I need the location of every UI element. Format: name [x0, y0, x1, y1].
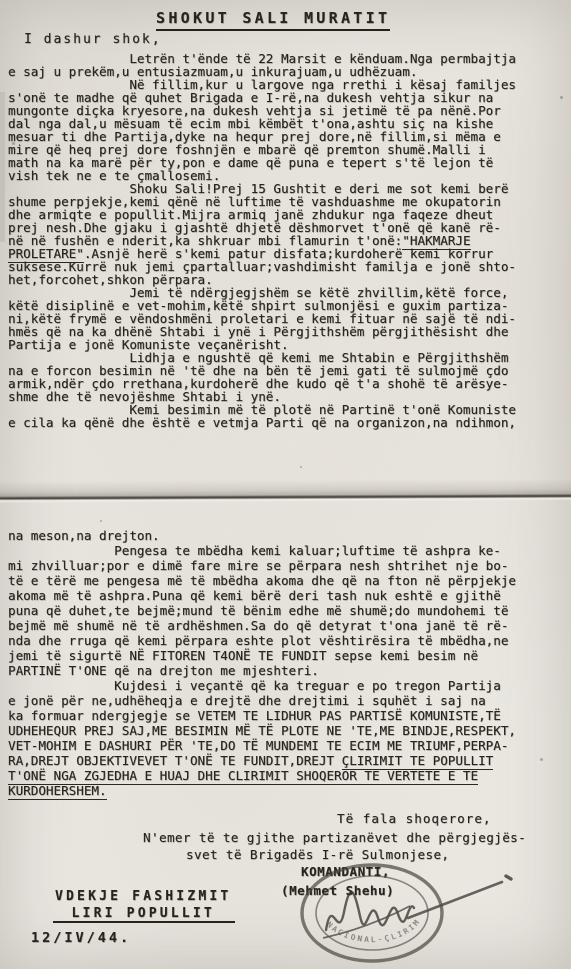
letter-body-page1: Letrën t'ënde të 22 Marsit e kënduam.Nga…: [8, 52, 569, 429]
text-segment: e cila ka qënë dhe është e vetmja Parti …: [8, 415, 516, 430]
salutation: I dashur shok,: [24, 32, 162, 47]
text-line: mi zhvilluar;por e dimë fare mire se për…: [8, 558, 569, 573]
text-line: të e tërë me pengesa më të mbëdha akoma …: [8, 573, 569, 588]
text-segment: ka formuar ndergjegje se VETEM TE LIDHUR…: [8, 708, 501, 723]
text-line: Kujdesi i veçantë që ka treguar e po tre…: [8, 678, 569, 693]
text-line: Pengesa te mbëdha kemi kaluar;luftime të…: [8, 543, 569, 558]
slogan-line2: LIRI POPULLIT: [72, 906, 215, 921]
text-line: T'ONË NGA ZGJEDHA E HUAJ DHE CLIRIMIT SH…: [8, 768, 569, 783]
text-segment: PARTINË T'ONE që na drejton me mjeshteri…: [8, 663, 319, 678]
text-segment: RA,DREJT OBJEKTIVEVET T'ONË TE FUNDIT,DR…: [8, 753, 342, 768]
text-line: e cila ka qënë dhe është e vetmja Parti …: [8, 416, 569, 429]
closing-on-behalf-line1: N'emer të te gjithe partizanëvet dhe për…: [143, 830, 526, 845]
footer-slogan: VDEKJE FASHIZMITLIRI POPULLIT: [55, 888, 231, 922]
text-segment: VET-MOHIM E DASHURI PËR 'TE,DO TË MUNDEM…: [8, 738, 508, 753]
paper-speck: [560, 96, 563, 99]
paper-speck: [300, 466, 302, 468]
text-line: na meson,na drejton.: [8, 528, 569, 543]
text-line: nda dhe rruga që kemi përpara eshte plot…: [8, 633, 569, 648]
paper-speck: [540, 758, 543, 761]
round-stamp-icon: NACIONAL-ÇLIRIMTARE: [290, 856, 530, 969]
page-fold-crease: [0, 479, 571, 504]
slogan-underline: [53, 921, 235, 923]
paper-speck: [100, 520, 102, 522]
text-line: VET-MOHIM E DASHURI PËR 'TE,DO TË MUNDEM…: [8, 738, 569, 753]
text-segment: jemi të sigurtë NË FITOREN T4ONË TE FUND…: [8, 648, 478, 663]
text-segment: puna që duhet,te bejmë;mund të bënim edh…: [8, 603, 508, 618]
text-line: ka formuar ndergjegje se VETEM TE LIDHUR…: [8, 708, 569, 723]
text-line: puna që duhet,te bejmë;mund të bënim edh…: [8, 603, 569, 618]
text-segment: na meson,na drejton.: [8, 528, 160, 543]
text-line: jemi të sigurtë NË FITOREN T4ONË TE FUND…: [8, 648, 569, 663]
letter-date: 12/IV/44.: [31, 930, 131, 946]
text-segment: bejmë më shumë në të ardhëshmen.Sa do që…: [8, 618, 508, 633]
text-segment: nda dhe rruga që kemi përpara eshte plot…: [8, 633, 508, 648]
scanned-letter-page: SHOKUT SALI MURATIT I dashur shok, Letrë…: [0, 0, 571, 969]
text-segment: e jonë për ne,udhëheqja e drejtë dhe dre…: [8, 693, 486, 708]
text-line: KURDOHERSHEM.: [8, 783, 569, 798]
text-line: RA,DREJT OBJEKTIVEVET T'ONË TE FUNDIT,DR…: [8, 753, 569, 768]
text-segment: akoma më të ashpra.Puna që kemi bërë der…: [8, 588, 501, 603]
text-segment: mi zhvilluar;por e dimë fare mire se për…: [8, 558, 508, 573]
scan-edge-artifact: [0, 92, 5, 242]
text-line: PARTINË T'ONE që na drejton me mjeshteri…: [8, 663, 569, 678]
text-segment: Kujdesi i veçantë që ka treguar e po tre…: [8, 678, 501, 693]
underlined-text: KURDOHERSHEM.: [8, 783, 107, 800]
text-segment: të e tërë me pengesa më të mbëdha akoma …: [8, 573, 516, 588]
text-segment: UDHEHEQUR PREJ SAJ,ME BESIMIN MË TË PLOT…: [8, 723, 516, 738]
text-line: bejmë më shumë në të ardhëshmen.Sa do që…: [8, 618, 569, 633]
letter-body-page2: na meson,na drejton. Pengesa te mbëdha k…: [8, 528, 569, 798]
text-line: akoma më të ashpra.Puna që kemi bërë der…: [8, 588, 569, 603]
paper-speck: [12, 142, 15, 145]
letter-title: SHOKUT SALI MURATIT: [156, 9, 390, 31]
slogan-line1: VDEKJE FASHIZMIT: [55, 889, 231, 904]
text-segment: Pengesa te mbëdha kemi kaluar;luftime të…: [8, 543, 501, 558]
text-line: UDHEHEQUR PREJ SAJ,ME BESIMIN MË TË PLOT…: [8, 723, 569, 738]
text-line: e jonë për ne,udhëheqja e drejtë dhe dre…: [8, 693, 569, 708]
closing-greeting: Të fala shoqerore,: [337, 811, 491, 826]
